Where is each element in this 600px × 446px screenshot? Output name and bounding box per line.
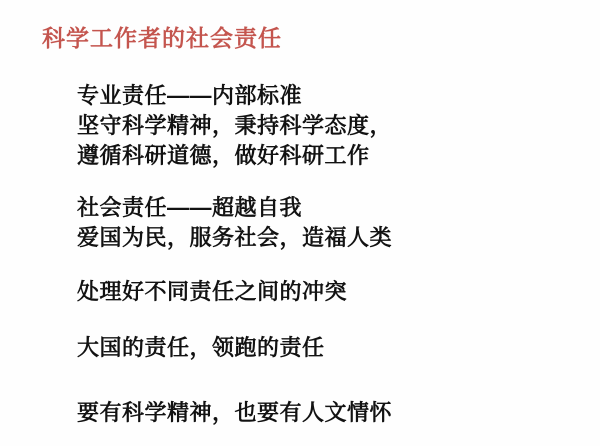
body-line: 爱国为民，服务社会，造福人类 xyxy=(77,223,392,253)
slide-title: 科学工作者的社会责任 xyxy=(42,20,282,53)
body-line: 要有科学精神，也要有人文情怀 xyxy=(77,398,392,428)
body-line: 社会责任——超越自我 xyxy=(77,193,392,223)
body-line: 大国的责任，领跑的责任 xyxy=(77,333,392,363)
paragraph-conflict: 处理好不同责任之间的冲突 xyxy=(77,277,392,307)
body-line: 专业责任——内部标准 xyxy=(77,81,392,111)
body-line: 遵循科研道德，做好科研工作 xyxy=(77,141,392,171)
paragraph-social-responsibility: 社会责任——超越自我 爱国为民，服务社会，造福人类 xyxy=(77,193,392,253)
paragraph-professional-responsibility: 专业责任——内部标准 坚守科学精神，秉持科学态度， 遵循科研道德，做好科研工作 xyxy=(77,81,392,171)
slide: 科学工作者的社会责任 专业责任——内部标准 坚守科学精神，秉持科学态度， 遵循科… xyxy=(0,0,600,446)
paragraph-nation-responsibility: 大国的责任，领跑的责任 xyxy=(77,333,392,363)
body-line: 坚守科学精神，秉持科学态度， xyxy=(77,111,392,141)
slide-body: 专业责任——内部标准 坚守科学精神，秉持科学态度， 遵循科研道德，做好科研工作 … xyxy=(77,81,392,428)
paragraph-science-humanism: 要有科学精神，也要有人文情怀 xyxy=(77,398,392,428)
body-line: 处理好不同责任之间的冲突 xyxy=(77,277,392,307)
